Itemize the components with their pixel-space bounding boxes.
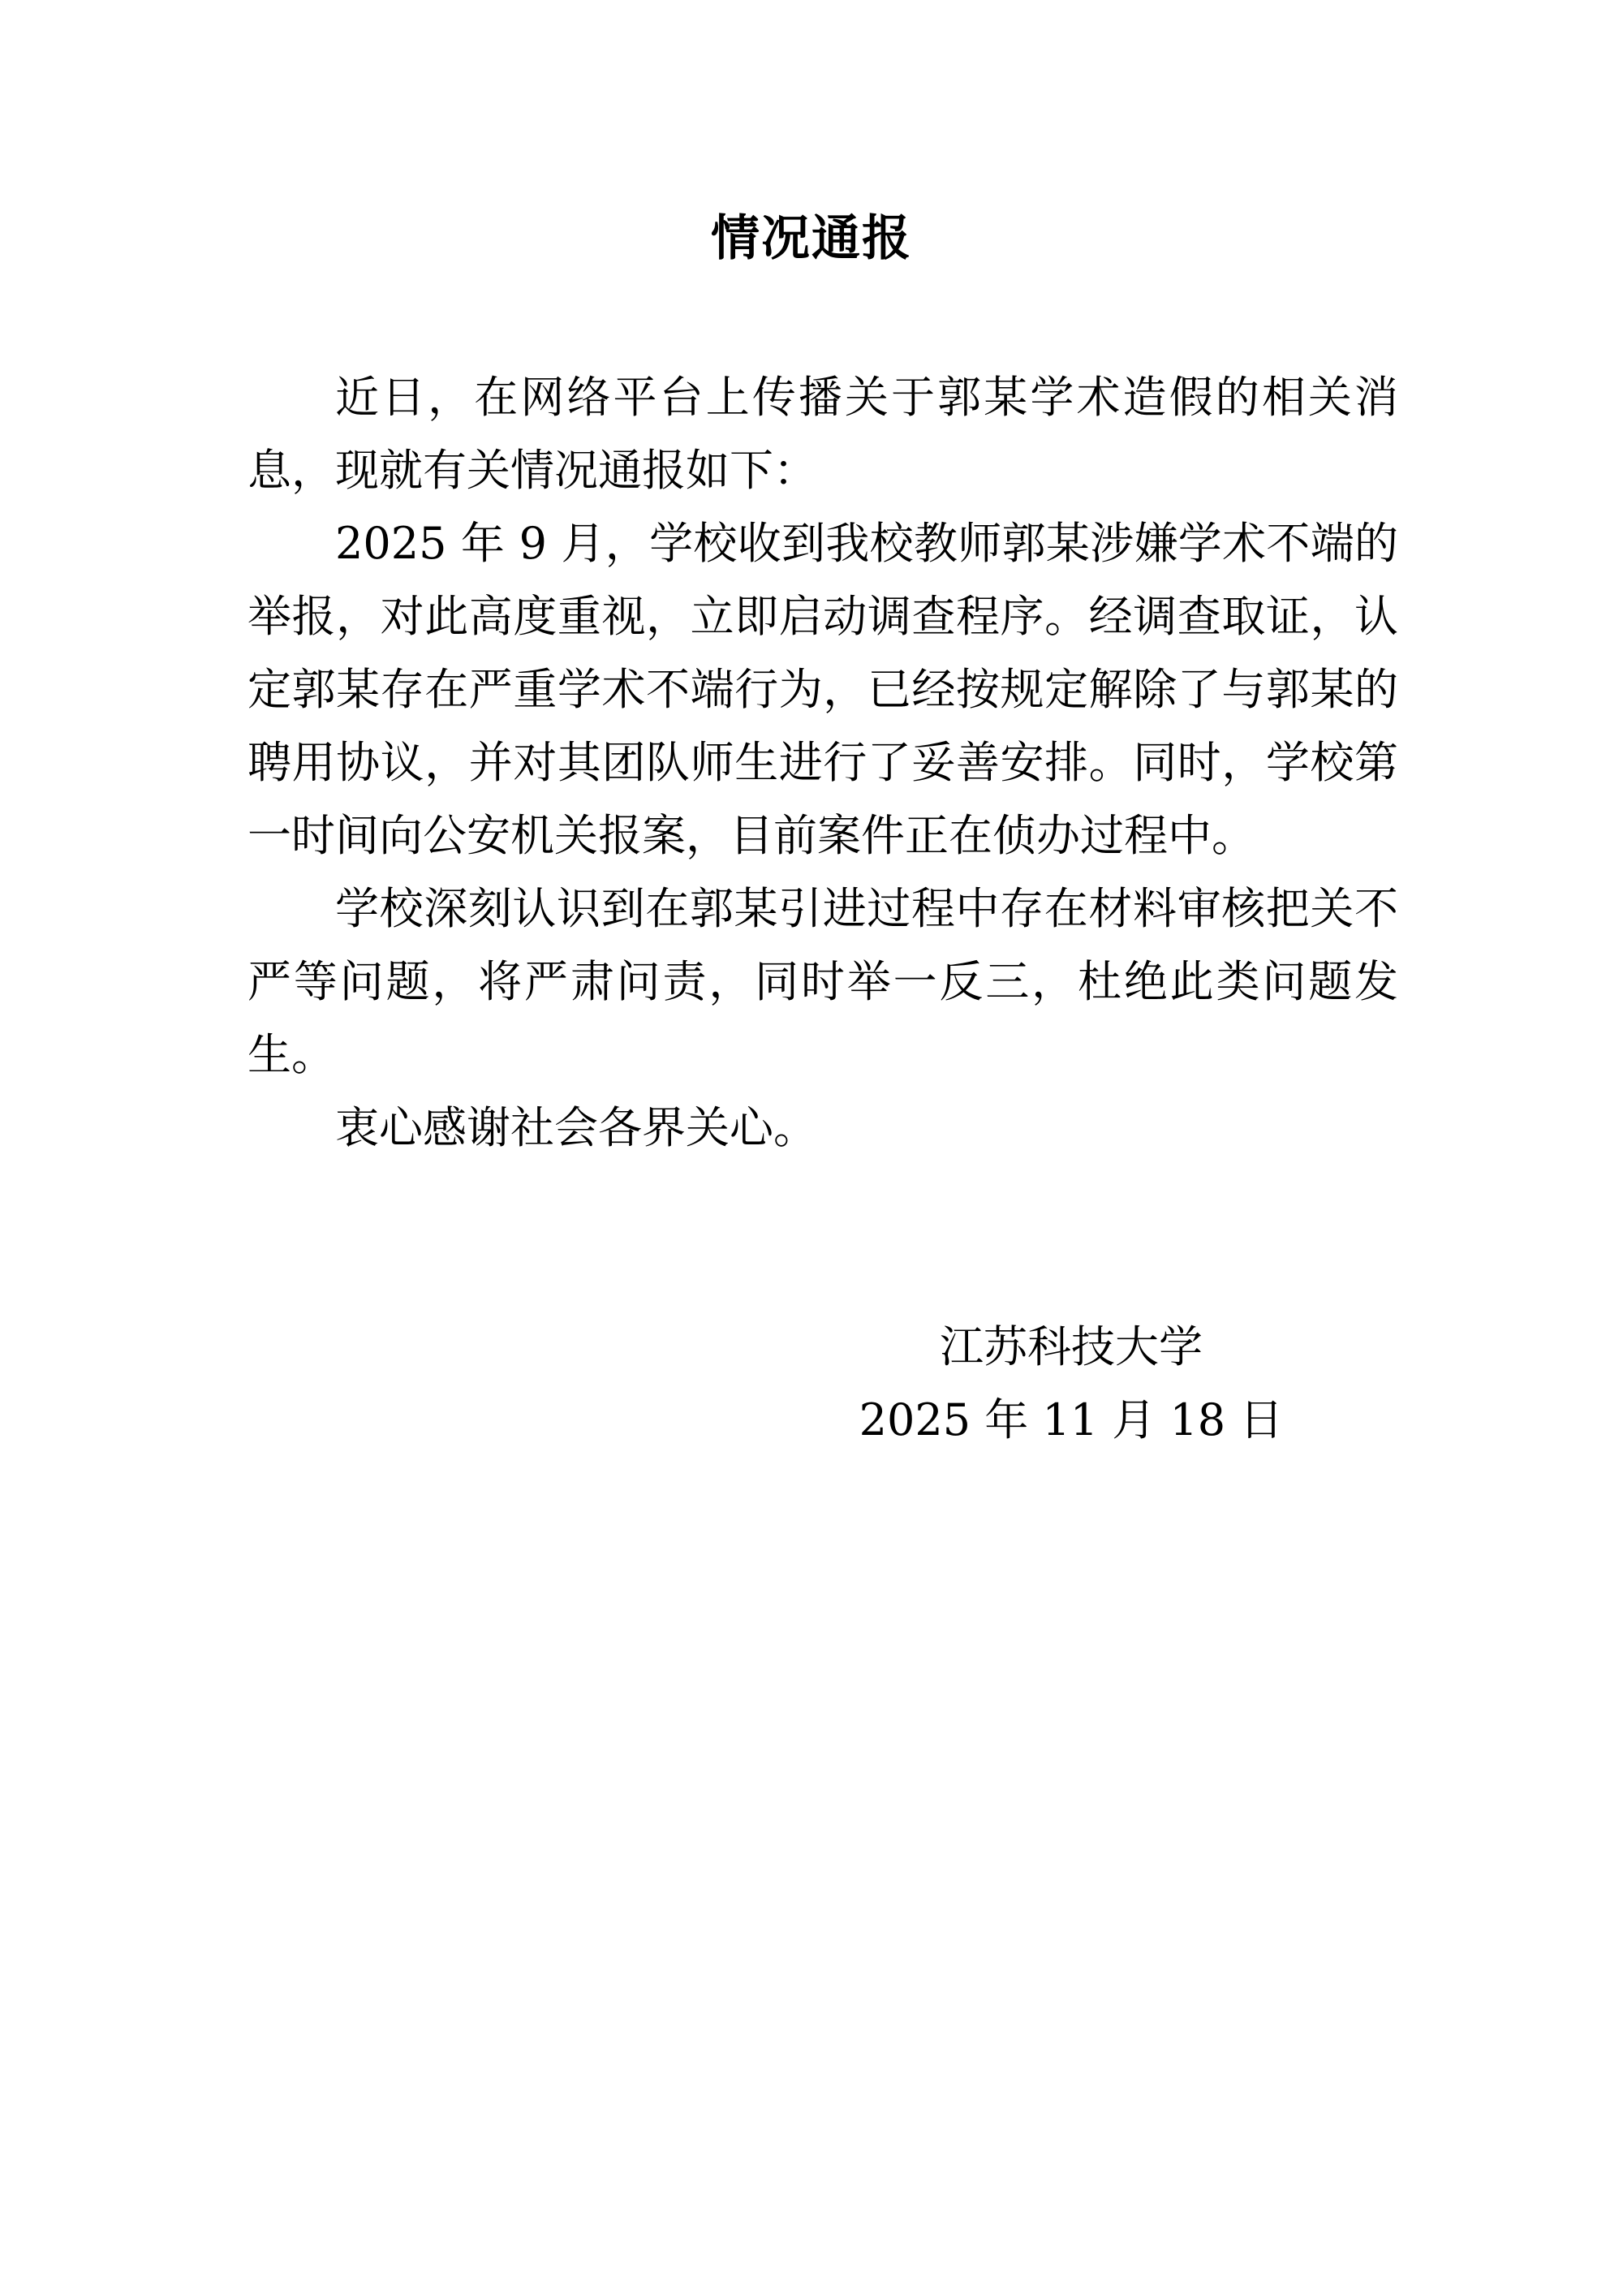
body-paragraph-intro: 近日，在网络平台上传播关于郭某学术造假的相关消息，现就有关情况通报如下：: [248, 361, 1398, 507]
signature-date: 2025 年 11 月 18 日: [803, 1384, 1339, 1457]
page-title: 情况通报: [0, 213, 1623, 264]
body-paragraph-investigation: 2025 年 9 月，学校收到我校教师郭某涉嫌学术不端的举报，对此高度重视，立即…: [248, 507, 1398, 872]
body-paragraph-accountability: 学校深刻认识到在郭某引进过程中存在材料审核把关不严等问题，将严肃问责，同时举一反…: [248, 872, 1398, 1092]
signature-organization: 江苏科技大学: [803, 1311, 1339, 1384]
notice-body: 近日，在网络平台上传播关于郭某学术造假的相关消息，现就有关情况通报如下： 202…: [248, 361, 1398, 1165]
body-paragraph-thanks: 衷心感谢社会各界关心。: [248, 1092, 1398, 1165]
signature-block: 江苏科技大学 2025 年 11 月 18 日: [803, 1311, 1339, 1457]
notice-page: 情况通报 近日，在网络平台上传播关于郭某学术造假的相关消息，现就有关情况通报如下…: [0, 0, 1623, 2296]
